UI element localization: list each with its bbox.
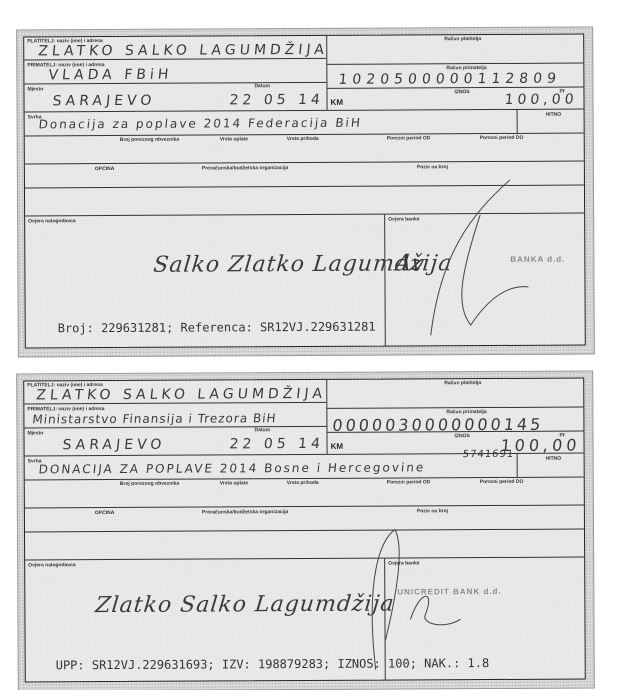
municipality-label: OPĆINA <box>95 166 114 172</box>
client-stamp-label: Ovjera nalogodavca <box>28 562 76 568</box>
reference-label: Poziv na broj <box>417 164 448 170</box>
purpose-value: Donacija za poplave 2014 Federacija BiH <box>38 116 363 132</box>
place-label: Mjesto <box>27 430 43 436</box>
footer-reference: Broj: 229631281; Referenca: SR12VJ.22963… <box>58 320 376 336</box>
payment-type-label: Vrsta uplate <box>220 480 248 486</box>
place-label: Mjesto <box>27 86 43 92</box>
date-label: Datum <box>254 83 270 89</box>
payee-value: Ministarstvo Finansija i Trezora BiH <box>32 411 278 426</box>
payee-account-value: 0000030000000145 <box>331 415 544 435</box>
amount-label: IZNOS <box>454 433 469 439</box>
payment-slip-2: PLATITELJ: naziv (ime) i adresa ZLATKO S… <box>16 370 595 690</box>
payer-value: ZLATKO SALKO LAGUMDŽIJA <box>35 386 326 404</box>
amount-value: 100,00 <box>504 92 579 108</box>
tax-id-label: Broj poreznog obveznika <box>120 137 179 143</box>
payment-type-label: Vrsta uplate <box>220 136 248 142</box>
signature-stroke <box>410 175 531 346</box>
date-label: Datum <box>254 427 270 433</box>
payment-slip-1: PLATITELJ: naziv (ime) i adresa ZLATKO S… <box>16 26 595 357</box>
payer-account-label: Račun platitelja <box>444 380 481 386</box>
reference-label: Poziv na broj <box>417 508 448 514</box>
tax-period-to-label: Porezni period DO <box>480 135 524 141</box>
date-value: 22 05 14 <box>229 436 325 453</box>
tax-period-from-label: Porezni period OD <box>387 135 431 141</box>
footer-reference: UPP: SR12VJ.229631693; IZV: 198879283; I… <box>56 656 490 672</box>
amount-value: 100,00 <box>500 436 582 455</box>
currency-label: KM <box>331 98 344 107</box>
amount-label: IZNOS <box>454 89 469 95</box>
slip-form: PLATITELJ: naziv (ime) i adresa ZLATKO S… <box>23 378 586 683</box>
payer-account-label: Račun platitelja <box>444 36 481 42</box>
tax-period-from-label: Porezni period OD <box>387 479 431 485</box>
municipality-label: OPĆINA <box>95 510 114 516</box>
urgent-label: HITNO <box>546 112 562 118</box>
purpose-value: DONACIJA ZA POPLAVE 2014 Bosne i Hercego… <box>38 460 426 476</box>
tax-id-label: Broj poreznog obveznika <box>120 481 179 487</box>
slip-form: PLATITELJ: naziv (ime) i adresa ZLATKO S… <box>23 34 586 349</box>
urgent-label: HITNO <box>546 456 562 462</box>
revenue-type-label: Vrsta prihoda <box>287 480 319 486</box>
client-stamp-label: Ovjera nalogodavca <box>28 218 76 224</box>
place-value: SARAJEVO <box>62 437 166 454</box>
date-value: 22 05 14 <box>229 92 325 109</box>
currency-label: KM <box>331 442 344 451</box>
tax-period-to-label: Porezni period DO <box>480 479 524 485</box>
budget-org-label: Proračunska/budžetska organizacija <box>202 509 288 515</box>
payee-value: VLADA FBiH <box>48 67 174 84</box>
place-value: SARAJEVO <box>52 93 156 110</box>
budget-org-label: Proračunska/budžetska organizacija <box>202 165 288 171</box>
payer-value: ZLATKO SALKO LAGUMDŽIJA <box>37 42 328 60</box>
payee-account-value: 1020500000112809 <box>338 71 562 88</box>
revenue-type-label: Vrsta prihoda <box>287 136 319 142</box>
